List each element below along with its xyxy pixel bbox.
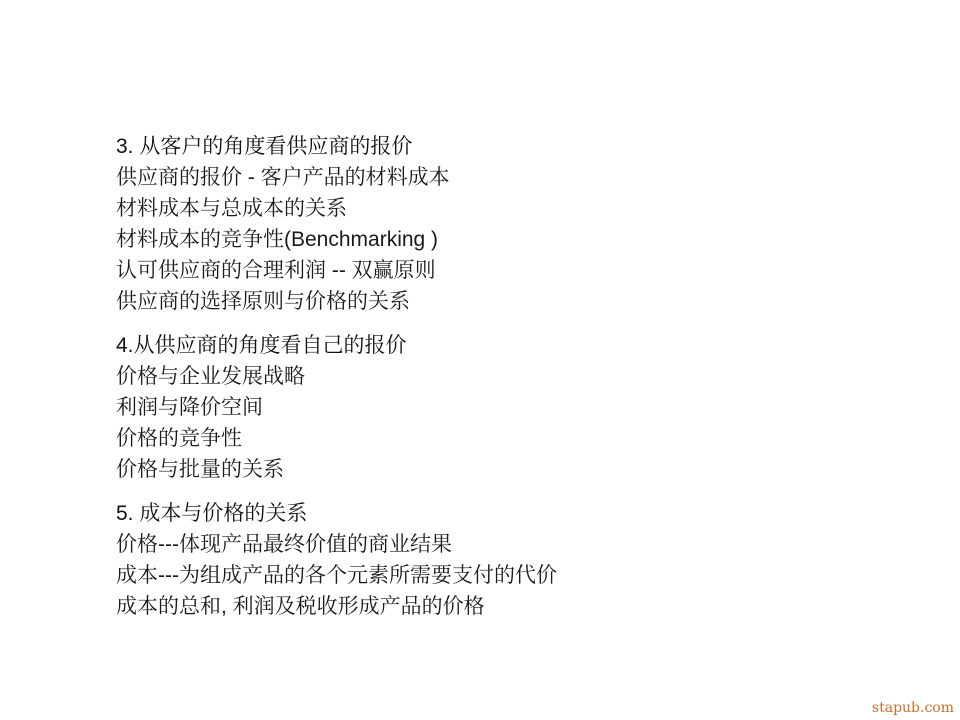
- list-item: 成本---为组成产品的各个元素所需要支付的代价: [116, 560, 557, 591]
- list-item: 供应商的报价 - 客户产品的材料成本: [116, 162, 557, 193]
- list-item: 材料成本的竞争性(Benchmarking ): [116, 224, 557, 255]
- list-item: 材料成本与总成本的关系: [116, 193, 557, 224]
- section-heading: 5. 成本与价格的关系: [116, 498, 557, 529]
- list-item: 利润与降价空间: [116, 392, 557, 423]
- list-item: 价格与批量的关系: [116, 454, 557, 485]
- slide-content: 3. 从客户的角度看供应商的报价 供应商的报价 - 客户产品的材料成本 材料成本…: [116, 131, 557, 622]
- section-4: 4.从供应商的角度看自己的报价 价格与企业发展战略 利润与降价空间 价格的竞争性…: [116, 330, 557, 485]
- section-heading: 3. 从客户的角度看供应商的报价: [116, 131, 557, 162]
- list-item: 供应商的选择原则与价格的关系: [116, 286, 557, 317]
- section-heading: 4.从供应商的角度看自己的报价: [116, 330, 557, 361]
- section-3: 3. 从客户的角度看供应商的报价 供应商的报价 - 客户产品的材料成本 材料成本…: [116, 131, 557, 317]
- list-item: 价格的竞争性: [116, 423, 557, 454]
- list-item: 认可供应商的合理利润 -- 双赢原则: [116, 255, 557, 286]
- section-5: 5. 成本与价格的关系 价格---体现产品最终价值的商业结果 成本---为组成产…: [116, 498, 557, 622]
- list-item: 价格与企业发展战略: [116, 361, 557, 392]
- list-item: 价格---体现产品最终价值的商业结果: [116, 529, 557, 560]
- slide: 3. 从客户的角度看供应商的报价 供应商的报价 - 客户产品的材料成本 材料成本…: [0, 0, 960, 720]
- list-item: 成本的总和, 利润及税收形成产品的价格: [116, 591, 557, 622]
- watermark: stapub.com: [872, 700, 954, 716]
